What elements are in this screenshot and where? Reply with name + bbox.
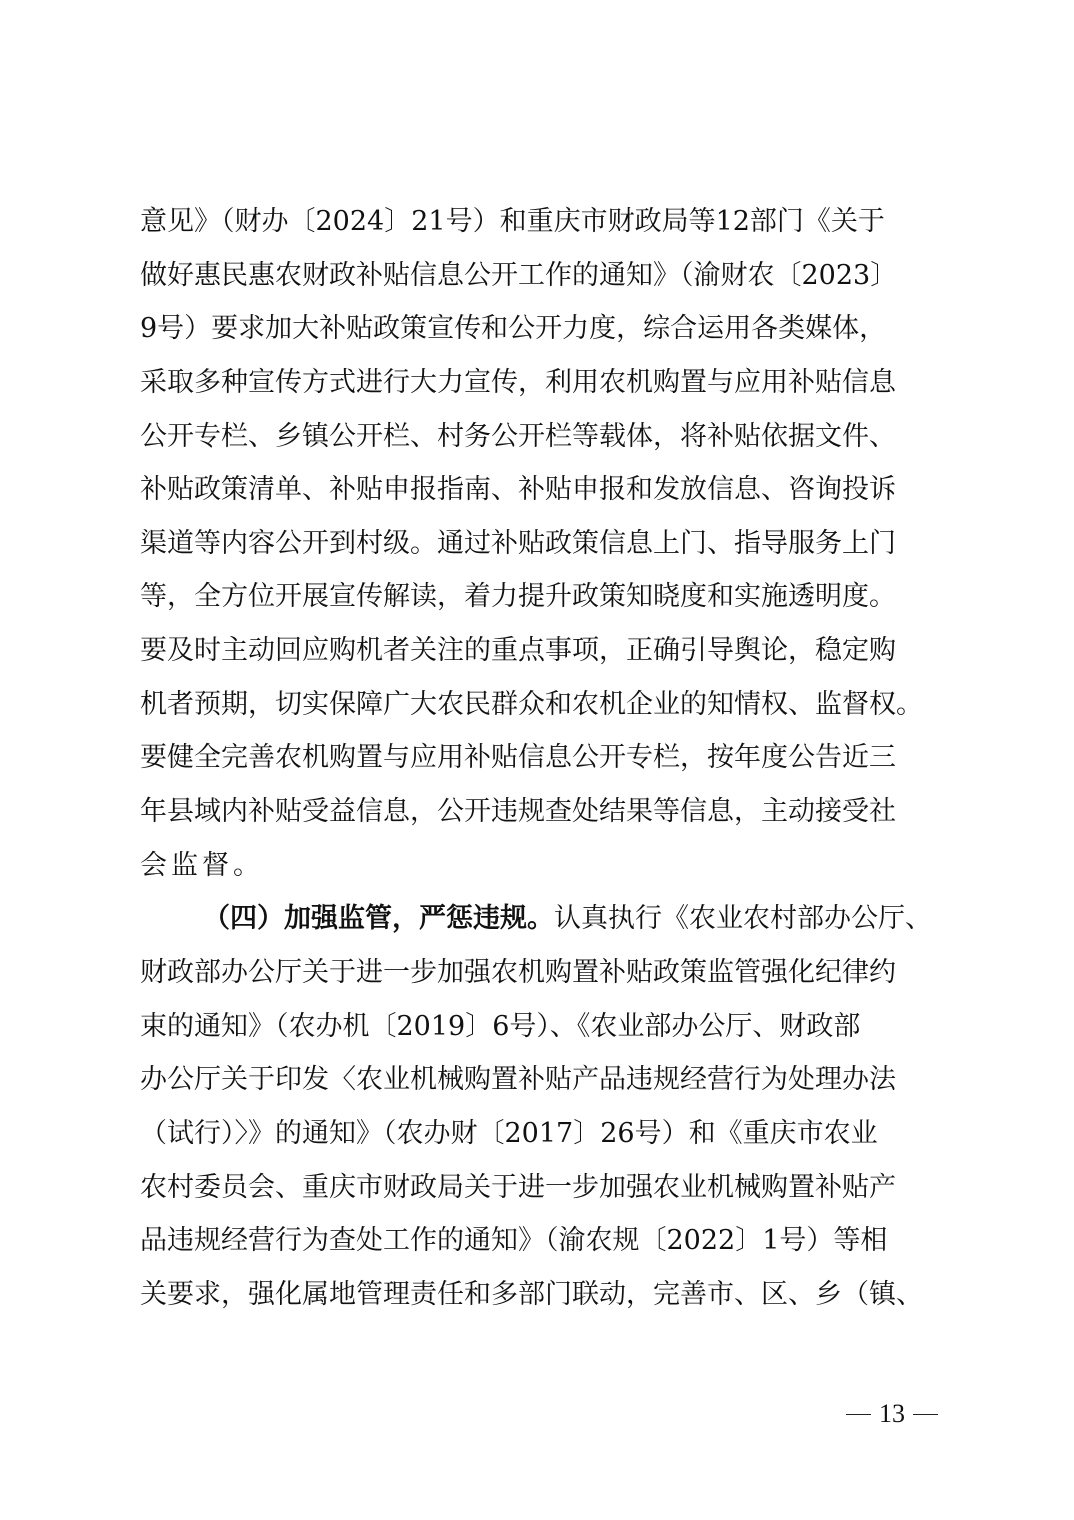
section-text: 认真执行《农业农村部办公厅、 — [554, 903, 932, 934]
paragraph-line: 束的通知》（农办机〔2019〕6号）、《农业部办公厅、财政部 — [140, 1000, 936, 1054]
section-heading: （四）加强监管，严惩违规。 — [203, 903, 554, 934]
paragraph-line: 办公厅关于印发〈农业机械购置补贴产品违规经营行为处理办法 — [140, 1053, 936, 1107]
paragraph-line: 采取多种宣传方式进行大力宣传，利用农机购置与应用补贴信息 — [140, 356, 936, 410]
page-number-value: 13 — [879, 1399, 905, 1429]
paragraph-line: 财政部办公厅关于进一步加强农机购置补贴政策监管强化纪律约 — [140, 946, 936, 1000]
paragraph-line: 要及时主动回应购机者关注的重点事项，正确引导舆论，稳定购 — [140, 624, 936, 678]
paragraph-line: 品违规经营行为查处工作的通知》（渝农规〔2022〕1号）等相 — [140, 1214, 936, 1268]
body-text: 意见》（财办〔2024〕21号）和重庆市财政局等12部门《关于 做好惠民惠农财政… — [140, 195, 936, 1321]
paragraph-line: 意见》（财办〔2024〕21号）和重庆市财政局等12部门《关于 — [140, 195, 936, 249]
section-four-first-line: （四）加强监管，严惩违规。认真执行《农业农村部办公厅、 — [140, 892, 936, 946]
paragraph-line: 机者预期，切实保障广大农民群众和农机企业的知情权、监督权。 — [140, 678, 936, 732]
paragraph-line: 关要求，强化属地管理责任和多部门联动，完善市、区、乡（镇、 — [140, 1268, 936, 1322]
paragraph-line: （试行）〉》的通知》（农办财〔2017〕26号）和《重庆市农业 — [140, 1107, 936, 1161]
paragraph-line: 渠道等内容公开到村级。通过补贴政策信息上门、指导服务上门 — [140, 517, 936, 571]
page-number: 13 — [846, 1397, 938, 1431]
paragraph-line: 会监督。 — [140, 839, 936, 893]
dash-left — [846, 1414, 871, 1415]
paragraph-line: 做好惠民惠农财政补贴信息公开工作的通知》（渝财农〔2023〕 — [140, 249, 936, 303]
paragraph-line: 9号）要求加大补贴政策宣传和公开力度，综合运用各类媒体， — [140, 302, 936, 356]
paragraph-line: 年县域内补贴受益信息，公开违规查处结果等信息，主动接受社 — [140, 785, 936, 839]
paragraph-line: 要健全完善农机购置与应用补贴信息公开专栏，按年度公告近三 — [140, 731, 936, 785]
paragraph-line: 农村委员会、重庆市财政局关于进一步加强农业机械购置补贴产 — [140, 1161, 936, 1215]
paragraph-line: 补贴政策清单、补贴申报指南、补贴申报和发放信息、咨询投诉 — [140, 463, 936, 517]
paragraph-line: 等，全方位开展宣传解读，着力提升政策知晓度和实施透明度。 — [140, 570, 936, 624]
dash-right — [913, 1414, 938, 1415]
paragraph-line: 公开专栏、乡镇公开栏、村务公开栏等载体，将补贴依据文件、 — [140, 410, 936, 464]
document-page: 意见》（财办〔2024〕21号）和重庆市财政局等12部门《关于 做好惠民惠农财政… — [0, 0, 1074, 1520]
